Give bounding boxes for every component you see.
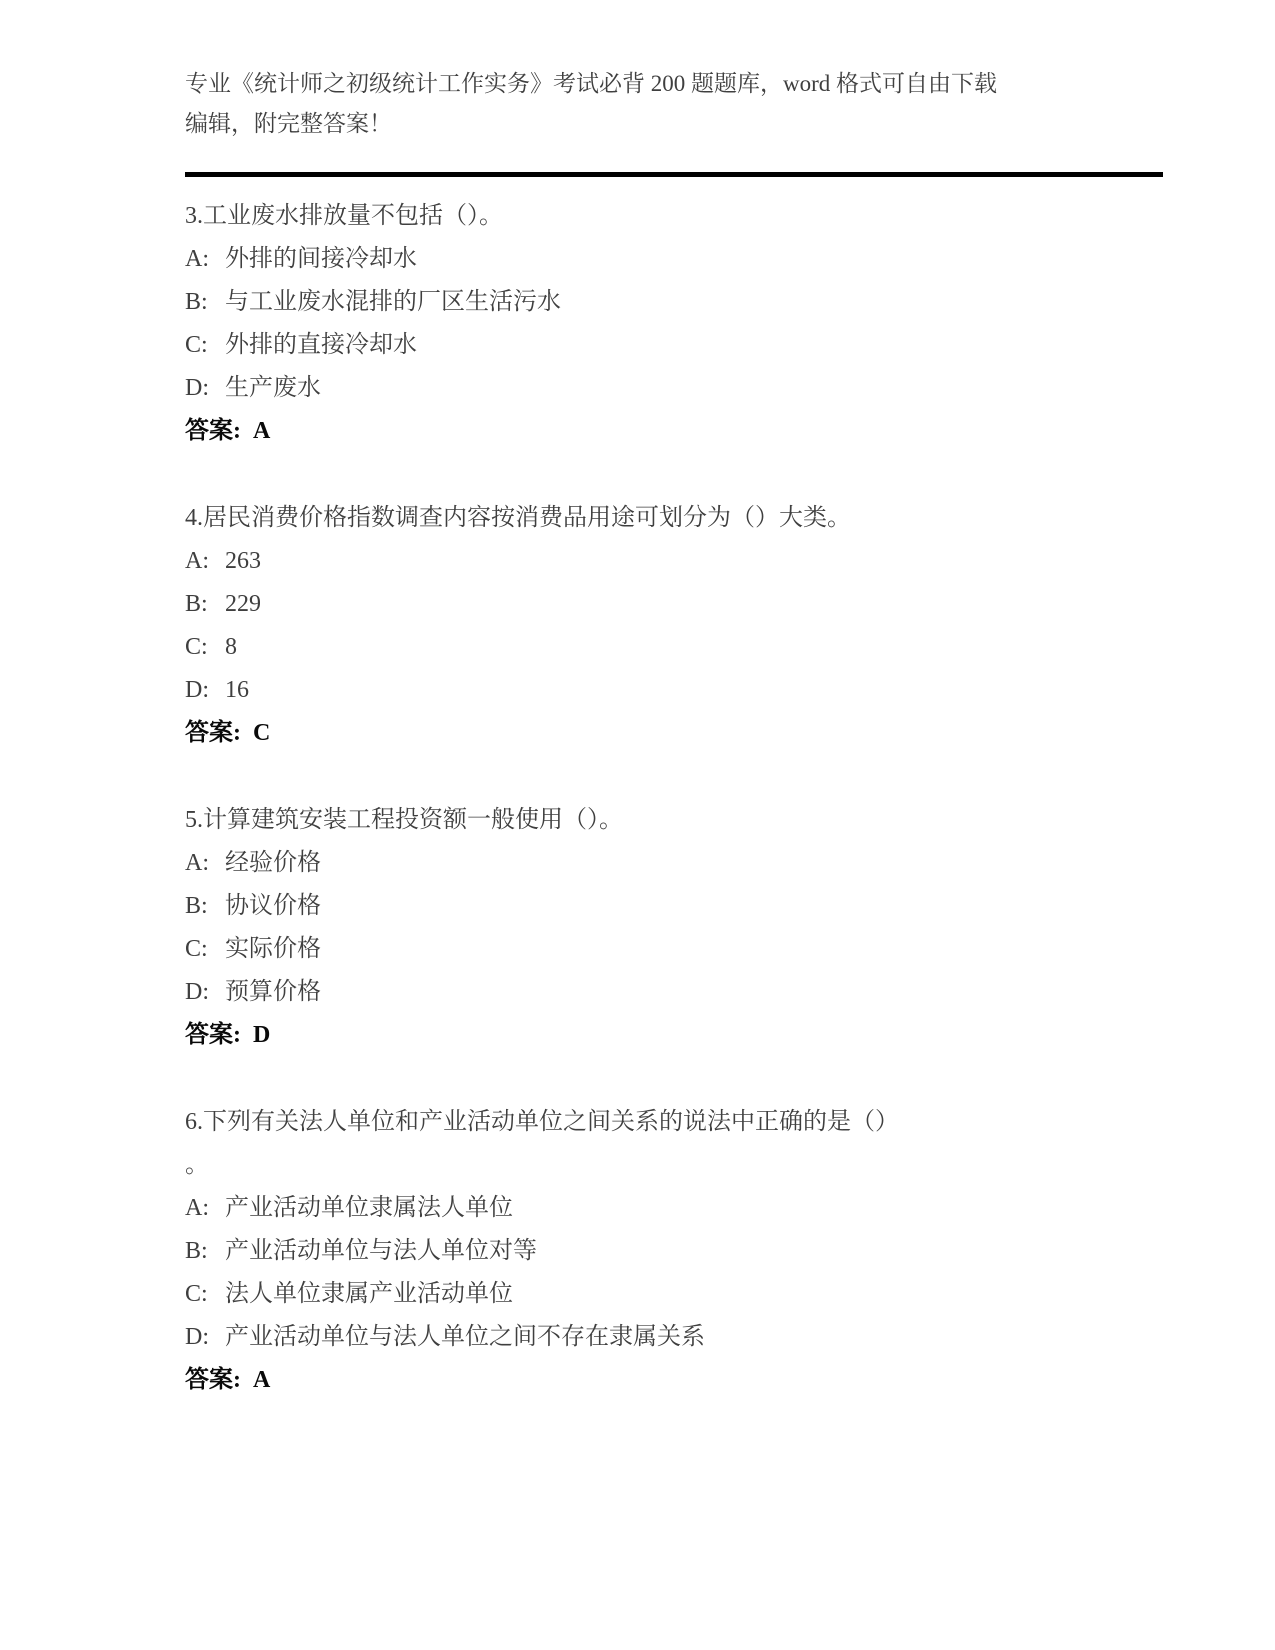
option-text: 229 [225, 591, 261, 617]
option-label: B: [185, 281, 209, 324]
option-text: 外排的间接冷却水 [225, 246, 417, 272]
option-label: D: [185, 1316, 209, 1359]
option-text: 生产废水 [225, 375, 321, 401]
option-label: C: [185, 324, 209, 367]
option-text: 产业活动单位与法人单位对等 [225, 1238, 537, 1264]
question-text-line: 。 [185, 1144, 1163, 1187]
option-label: B: [185, 583, 209, 626]
header-line-2: 编辑，附完整答案！ [185, 104, 1163, 144]
answer-line: 答案:A [185, 410, 1163, 453]
question-block: 3.工业废水排放量不包括（）。 A:外排的间接冷却水B:与工业废水混排的厂区生活… [185, 195, 1163, 453]
question-text: 6.下列有关法人单位和产业活动单位之间关系的说法中正确的是（）。 [185, 1101, 1163, 1187]
answer-value: C [253, 720, 270, 746]
option-text: 263 [225, 548, 261, 574]
options-list: A:263B:229C:8D:16 [185, 540, 1163, 712]
option-row: A:263 [185, 540, 1163, 583]
answer-line: 答案:D [185, 1014, 1163, 1057]
option-row: D:产业活动单位与法人单位之间不存在隶属关系 [185, 1316, 1163, 1359]
answer-label: 答案: [185, 1367, 241, 1393]
option-text: 产业活动单位与法人单位之间不存在隶属关系 [225, 1324, 705, 1350]
question-text-line: 5.计算建筑安装工程投资额一般使用（）。 [185, 799, 1163, 842]
option-text: 协议价格 [225, 893, 321, 919]
option-label: A: [185, 238, 209, 281]
option-label: B: [185, 885, 209, 928]
option-label: B: [185, 1230, 209, 1273]
option-row: A:外排的间接冷却水 [185, 238, 1163, 281]
document-page: 专业《统计师之初级统计工作实务》考试必背 200 题题库，word 格式可自由下… [0, 0, 1275, 1650]
option-text: 8 [225, 634, 237, 660]
option-label: C: [185, 626, 209, 669]
option-text: 法人单位隶属产业活动单位 [225, 1281, 513, 1307]
answer-label: 答案: [185, 1022, 241, 1048]
option-label: A: [185, 842, 209, 885]
answer-label: 答案: [185, 418, 241, 444]
option-text: 16 [225, 677, 249, 703]
option-row: B:产业活动单位与法人单位对等 [185, 1230, 1163, 1273]
option-row: B:229 [185, 583, 1163, 626]
question-text-line: 4.居民消费价格指数调查内容按消费品用途可划分为（）大类。 [185, 497, 1163, 540]
option-row: C:8 [185, 626, 1163, 669]
option-row: A:产业活动单位隶属法人单位 [185, 1187, 1163, 1230]
option-text: 产业活动单位隶属法人单位 [225, 1195, 513, 1221]
options-list: A:经验价格B:协议价格C:实际价格D:预算价格 [185, 842, 1163, 1014]
option-label: D: [185, 367, 209, 410]
answer-label: 答案: [185, 720, 241, 746]
answer-line: 答案:C [185, 712, 1163, 755]
option-text: 外排的直接冷却水 [225, 332, 417, 358]
header-divider-rule [185, 172, 1163, 177]
option-row: D:生产废水 [185, 367, 1163, 410]
option-label: A: [185, 1187, 209, 1230]
question-block: 4.居民消费价格指数调查内容按消费品用途可划分为（）大类。 A:263B:229… [185, 497, 1163, 755]
question-text: 4.居民消费价格指数调查内容按消费品用途可划分为（）大类。 [185, 497, 1163, 540]
header-line-1: 专业《统计师之初级统计工作实务》考试必背 200 题题库，word 格式可自由下… [185, 64, 1163, 104]
option-text: 预算价格 [225, 979, 321, 1005]
page-header: 专业《统计师之初级统计工作实务》考试必背 200 题题库，word 格式可自由下… [185, 64, 1163, 144]
option-row: C:法人单位隶属产业活动单位 [185, 1273, 1163, 1316]
option-row: C:实际价格 [185, 928, 1163, 971]
option-text: 与工业废水混排的厂区生活污水 [225, 289, 561, 315]
option-label: C: [185, 1273, 209, 1316]
options-list: A:产业活动单位隶属法人单位B:产业活动单位与法人单位对等C:法人单位隶属产业活… [185, 1187, 1163, 1359]
questions-list: 3.工业废水排放量不包括（）。 A:外排的间接冷却水B:与工业废水混排的厂区生活… [185, 195, 1163, 1402]
option-row: D:16 [185, 669, 1163, 712]
option-row: B:与工业废水混排的厂区生活污水 [185, 281, 1163, 324]
answer-value: A [253, 418, 270, 444]
page-content: 专业《统计师之初级统计工作实务》考试必背 200 题题库，word 格式可自由下… [0, 0, 1275, 1402]
question-block: 5.计算建筑安装工程投资额一般使用（）。 A:经验价格B:协议价格C:实际价格D… [185, 799, 1163, 1057]
question-text-line: 6.下列有关法人单位和产业活动单位之间关系的说法中正确的是（） [185, 1101, 1163, 1144]
option-row: B:协议价格 [185, 885, 1163, 928]
option-row: D:预算价格 [185, 971, 1163, 1014]
question-text: 3.工业废水排放量不包括（）。 [185, 195, 1163, 238]
option-row: A:经验价格 [185, 842, 1163, 885]
option-text: 实际价格 [225, 936, 321, 962]
option-label: A: [185, 540, 209, 583]
option-label: D: [185, 971, 209, 1014]
question-text-line: 3.工业废水排放量不包括（）。 [185, 195, 1163, 238]
question-block: 6.下列有关法人单位和产业活动单位之间关系的说法中正确的是（）。 A:产业活动单… [185, 1101, 1163, 1402]
option-label: C: [185, 928, 209, 971]
option-label: D: [185, 669, 209, 712]
options-list: A:外排的间接冷却水B:与工业废水混排的厂区生活污水C:外排的直接冷却水D:生产… [185, 238, 1163, 410]
option-row: C:外排的直接冷却水 [185, 324, 1163, 367]
question-text: 5.计算建筑安装工程投资额一般使用（）。 [185, 799, 1163, 842]
answer-line: 答案:A [185, 1359, 1163, 1402]
answer-value: A [253, 1367, 270, 1393]
option-text: 经验价格 [225, 850, 321, 876]
answer-value: D [253, 1022, 270, 1048]
